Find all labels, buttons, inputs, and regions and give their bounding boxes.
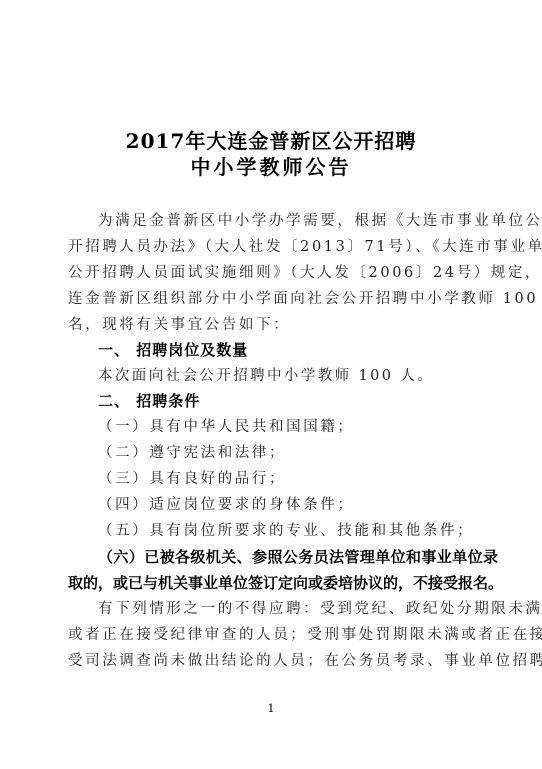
page-number: 1 [0, 702, 542, 715]
condition-item: （二）遵守宪法和法律； [98, 442, 474, 464]
section-body-positions: 本次面向社会公开招聘中小学教师 100 人。 [98, 365, 474, 387]
section-heading-conditions: 二、 招聘条件 [98, 390, 474, 412]
intro-paragraph-line: 公开招聘人员面试实施细则》（大人发〔2006〕24号）规定，大 [68, 262, 474, 284]
condition-item: （五）具有岗位所要求的专业、技能和其他条件； [98, 520, 474, 542]
document-page: 2017年大连金普新区公开招聘 中小学教师公告 为满足金普新区中小学办学需要，根… [0, 0, 542, 769]
exclusion-paragraph-line: 有下列情形之一的不得应聘：受到党纪、政纪处分期限未满 [98, 598, 474, 620]
intro-paragraph-line: 为满足金普新区中小学办学需要，根据《大连市事业单位公 [98, 210, 474, 232]
document-title-line-2: 中小学教师公告 [0, 154, 542, 180]
condition-item: （四）适应岗位要求的身体条件； [98, 494, 474, 516]
exclusion-paragraph-line: 或者正在接受纪律审查的人员；受刑事处罚期限未满或者正在接 [68, 624, 474, 646]
section-heading-positions: 一、 招聘岗位及数量 [98, 339, 474, 361]
condition-item: （一）具有中华人民共和国国籍； [98, 416, 474, 438]
condition-item-6-line: 取的，或已与机关事业单位签订定向或委培协议的，不接受报名。 [68, 572, 474, 594]
intro-paragraph-line: 名，现将有关事宜公告如下： [68, 314, 474, 336]
exclusion-paragraph-line: 受司法调查尚未做出结论的人员；在公务员考录、事业单位招聘 [68, 650, 474, 672]
document-title-line-1: 2017年大连金普新区公开招聘 [0, 128, 542, 154]
intro-paragraph-line: 连金普新区组织部分中小学面向社会公开招聘中小学教师 100 [68, 288, 474, 310]
intro-paragraph-line: 开招聘人员办法》（大人社发〔2013〕71号）、《大连市事业单位 [68, 236, 474, 258]
condition-item: （三）具有良好的品行； [98, 468, 474, 490]
condition-item-6-line: （六）已被各级机关、参照公务员法管理单位和事业单位录 [98, 546, 474, 568]
